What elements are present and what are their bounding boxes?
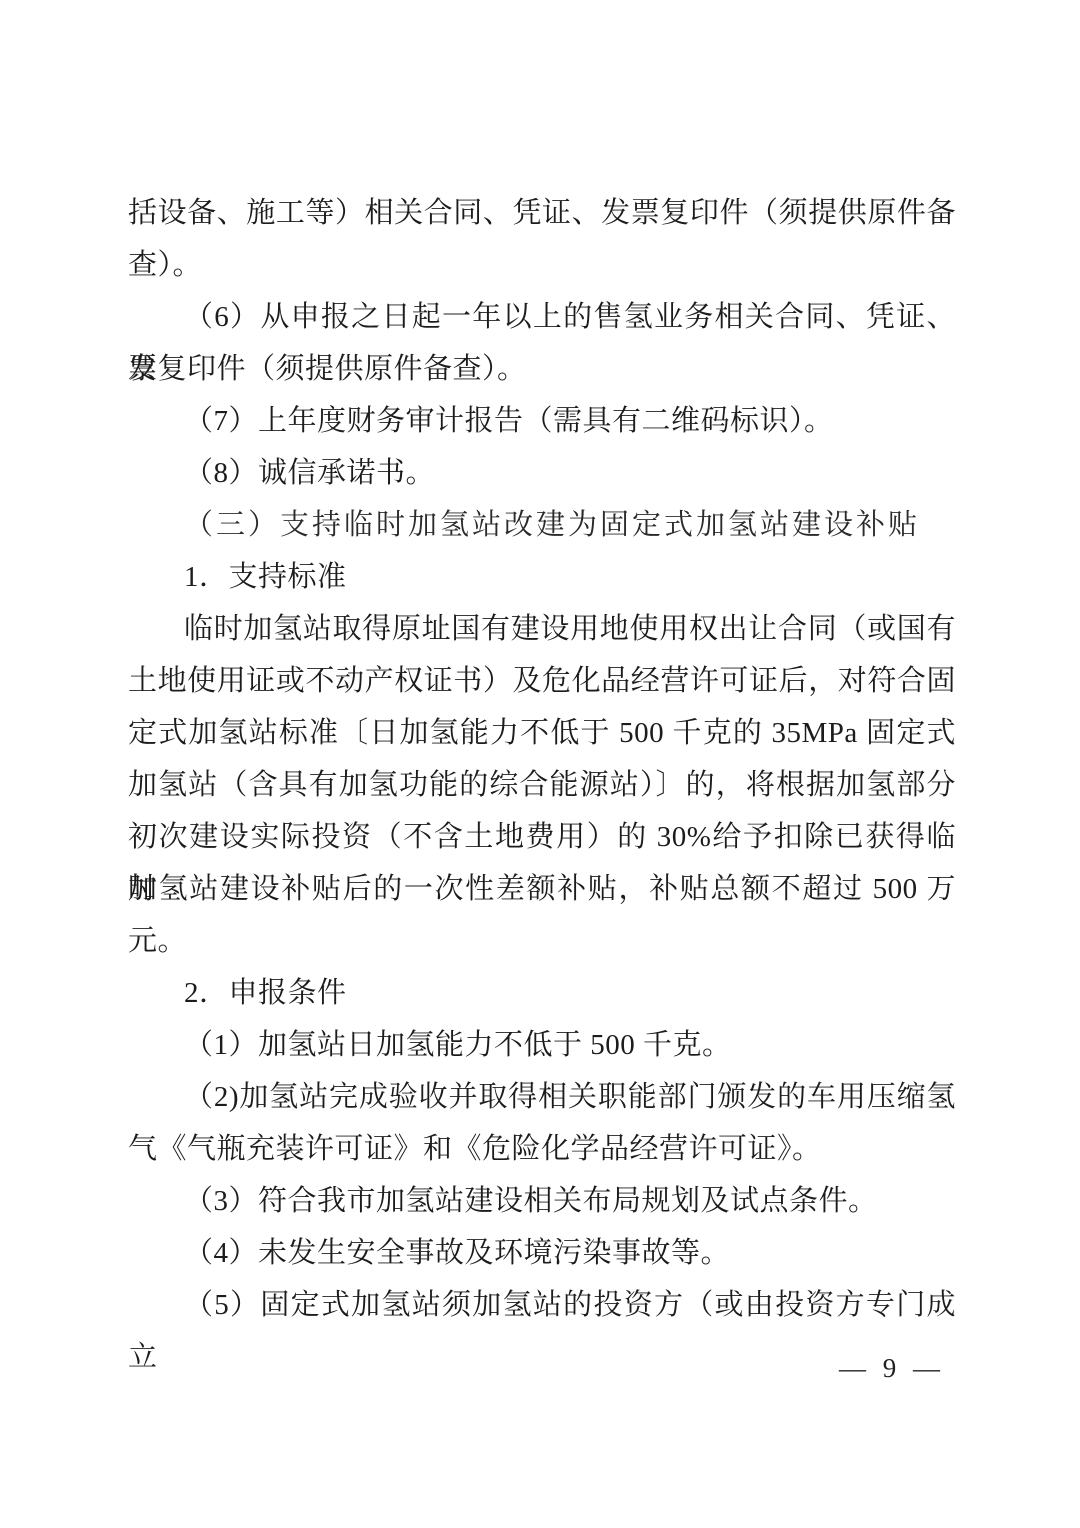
document-line: （7）上年度财务审计报告（需具有二维码标识）。 bbox=[128, 395, 956, 447]
document-line: 定式加氢站标准〔日加氢能力不低于 500 千克的 35MPa 固定式 bbox=[128, 707, 956, 759]
document-line: （1）加氢站日加氢能力不低于 500 千克。 bbox=[128, 1019, 956, 1071]
document-text-block: 括设备、施工等）相关合同、凭证、发票复印件（须提供原件备 查）。 （6）从申报之… bbox=[128, 187, 956, 1331]
subsection-heading: （三）支持临时加氢站改建为固定式加氢站建设补贴 bbox=[128, 499, 956, 551]
page-number: — 9 — bbox=[839, 1348, 945, 1388]
document-line: 气《气瓶充装许可证》和《危险化学品经营许可证》。 bbox=[128, 1123, 956, 1175]
numbered-heading: 1．支持标准 bbox=[128, 551, 956, 603]
document-line: （5）固定式加氢站须加氢站的投资方（或由投资方专门成立 bbox=[128, 1279, 956, 1331]
document-line: （4）未发生安全事故及环境污染事故等。 bbox=[128, 1227, 956, 1279]
document-line: 加氢站建设补贴后的一次性差额补贴，补贴总额不超过 500 万 bbox=[128, 863, 956, 915]
document-line: 土地使用证或不动产权证书）及危化品经营许可证后，对符合固 bbox=[128, 655, 956, 707]
document-page: 括设备、施工等）相关合同、凭证、发票复印件（须提供原件备 查）。 （6）从申报之… bbox=[0, 0, 1080, 1528]
document-line: 初次建设实际投资（不含土地费用）的 30%给予扣除已获得临时 bbox=[128, 811, 956, 863]
document-line: 括设备、施工等）相关合同、凭证、发票复印件（须提供原件备 bbox=[128, 187, 956, 239]
document-line: （2)加氢站完成验收并取得相关职能部门颁发的车用压缩氢 bbox=[128, 1071, 956, 1123]
document-line: （8）诚信承诺书。 bbox=[128, 447, 956, 499]
document-line: 查）。 bbox=[128, 239, 956, 291]
document-line: 临时加氢站取得原址国有建设用地使用权出让合同（或国有 bbox=[128, 603, 956, 655]
document-line: 元。 bbox=[128, 915, 956, 967]
document-line: 票复印件（须提供原件备查）。 bbox=[128, 343, 956, 395]
document-line: （3）符合我市加氢站建设相关布局规划及试点条件。 bbox=[128, 1175, 956, 1227]
document-line: 加氢站（含具有加氢功能的综合能源站）〕的，将根据加氢部分 bbox=[128, 759, 956, 811]
document-line: （6）从申报之日起一年以上的售氢业务相关合同、凭证、发 bbox=[128, 291, 956, 343]
numbered-heading: 2．申报条件 bbox=[128, 967, 956, 1019]
